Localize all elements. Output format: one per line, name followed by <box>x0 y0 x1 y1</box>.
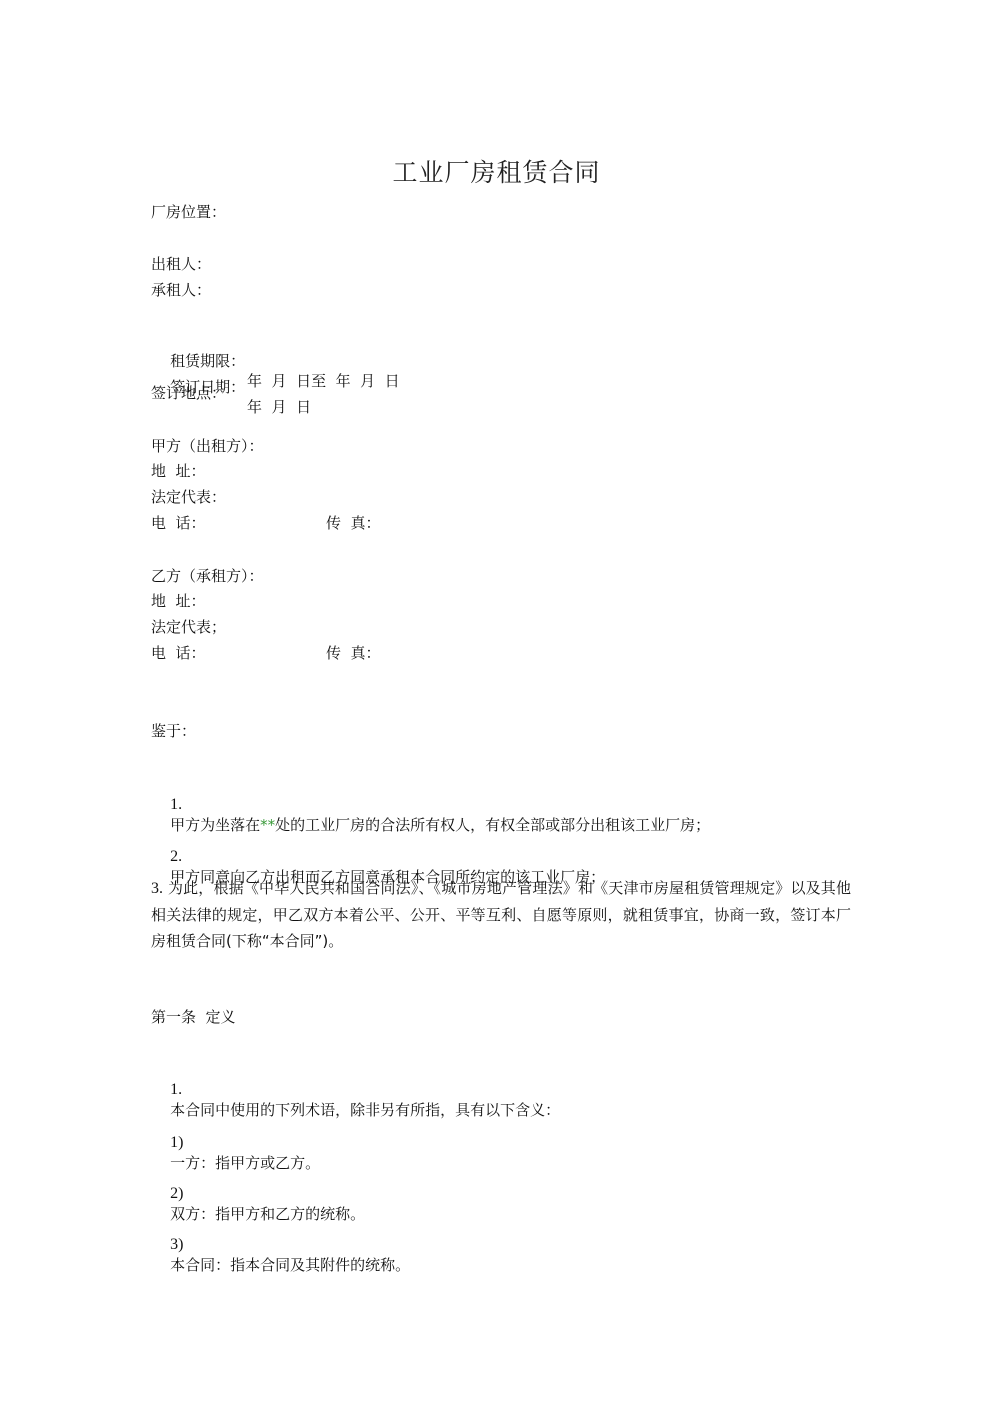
party-b-fax-label: 传 真： <box>326 643 381 663</box>
party-a-phone-label: 电 话： <box>151 513 206 533</box>
definition-item-3: 3) 本合同：指本合同及其附件的统称。 <box>151 1214 410 1295</box>
definition-number: 3) <box>170 1236 183 1253</box>
definition-number: 1) <box>170 1134 183 1151</box>
document-page: 工业厂房租赁合同 厂房位置： 出租人： 承租人： 租赁期限： 年 月 日至 年 … <box>0 0 993 1404</box>
party-b-phone-label: 电 话： <box>151 643 206 663</box>
sign-place-label: 签订地点： <box>151 383 226 403</box>
recital-number: 2. <box>170 848 182 865</box>
sign-date-value: 年 月 日 <box>247 397 311 417</box>
party-a-legal-rep-label: 法定代表： <box>151 487 226 507</box>
party-a-address-label: 地 址： <box>151 461 206 481</box>
document-title: 工业厂房租赁合同 <box>0 156 993 190</box>
recitals-heading: 鉴于： <box>151 721 196 741</box>
party-b-legal-rep-label: 法定代表； <box>151 617 226 637</box>
article-1-heading: 第一条 定义 <box>151 1007 236 1027</box>
definition-text: 本合同：指本合同及其附件的统称。 <box>170 1256 410 1274</box>
recital-item-3: 3. 为此，根据《中华人民共和国合同法》、《城市房地产管理法》和《天津市房屋租赁… <box>151 875 851 954</box>
party-a-fax-label: 传 真： <box>326 513 381 533</box>
intro-number: 1. <box>170 1081 182 1098</box>
recital-number: 1. <box>170 796 182 813</box>
term-value: 年 月 日至 年 月 日 <box>247 371 400 391</box>
location-label: 厂房位置： <box>151 202 226 222</box>
party-b-address-label: 地 址： <box>151 591 206 611</box>
recital-number: 3. <box>151 880 163 897</box>
lessor-label: 出租人： <box>151 254 211 274</box>
lessee-label: 承租人： <box>151 280 211 300</box>
party-a-heading: 甲方（出租方）： <box>151 436 264 456</box>
definition-number: 2) <box>170 1185 183 1202</box>
recital-text: 为此，根据《中华人民共和国合同法》、《城市房地产管理法》和《天津市房屋租赁管理规… <box>151 879 851 950</box>
party-b-heading: 乙方（承租方）： <box>151 566 264 586</box>
